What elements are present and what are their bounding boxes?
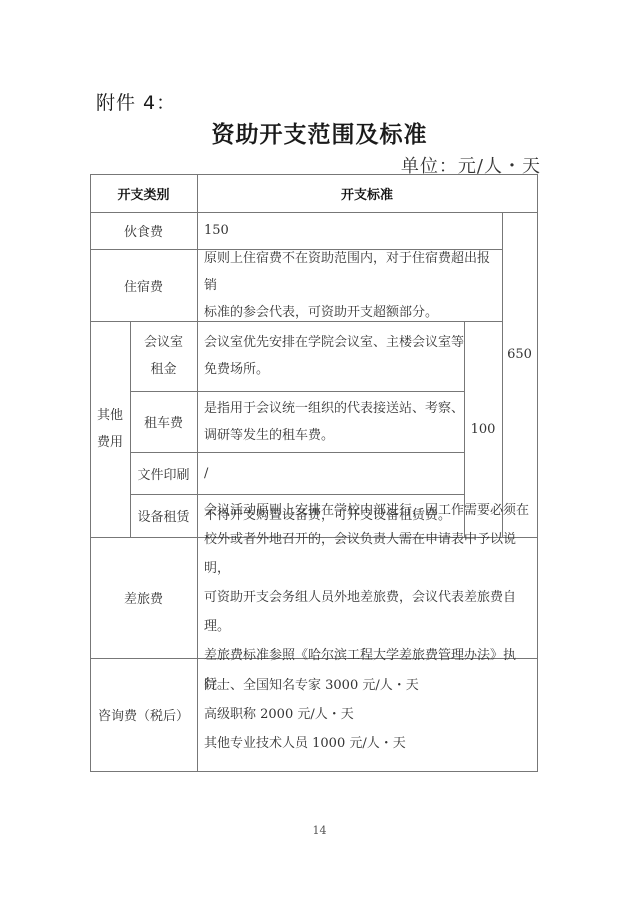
row-other-group-label: 其他 费用 <box>90 321 130 537</box>
row-meeting-room-label: 会议室 租金 <box>130 321 197 391</box>
header-standard: 开支标准 <box>197 174 537 212</box>
text-line: 可资助开支会务组人员外地差旅费，会议代表差旅费自理。 <box>204 583 537 641</box>
row-printing-label: 文件印刷 <box>130 452 197 494</box>
text-line: 其他 <box>97 402 123 429</box>
text-line: 会议室 <box>144 329 183 356</box>
row-equipment-label: 设备租赁 <box>130 494 197 537</box>
row-food-label: 伙食费 <box>90 212 197 249</box>
text-line: 高级职称 2000 元/人・天 <box>204 700 354 729</box>
row-consulting-text: 院士、全国知名专家 3000 元/人・天 高级职称 2000 元/人・天 其他专… <box>197 658 537 771</box>
text-line: 会议室优先安排在学院会议室、主楼会议室等 <box>204 329 464 356</box>
header-category: 开支类别 <box>90 174 197 212</box>
row-car-rental-text: 是指用于会议统一组织的代表接送站、考察、 调研等发生的租车费。 <box>197 391 464 452</box>
text-line: 调研等发生的租车费。 <box>204 422 334 449</box>
daily-total: 650 <box>502 212 537 502</box>
text-line: 是指用于会议统一组织的代表接送站、考察、 <box>204 395 464 422</box>
page-title: 资助开支范围及标准 <box>0 116 639 149</box>
text-line: 校外或者外地召开的，会议负责人需在申请表中予以说明， <box>204 525 537 583</box>
page-number: 14 <box>0 824 639 837</box>
row-consulting-label: 咨询费（税后） <box>90 658 197 771</box>
text-line: 其他专业技术人员 1000 元/人・天 <box>204 729 406 758</box>
attachment-label: 附件 4： <box>96 88 176 115</box>
row-lodging-text: 原则上住宿费不在资助范围内，对于住宿费超出报销 标准的参会代表，可资助开支超额部… <box>197 249 502 321</box>
text-line: 租金 <box>150 356 176 383</box>
row-travel-label: 差旅费 <box>90 537 197 658</box>
row-food-value: 150 <box>197 212 502 249</box>
text-line: 费用 <box>97 429 123 456</box>
row-printing-text: / <box>197 452 464 494</box>
row-lodging-label: 住宿费 <box>90 249 197 321</box>
row-car-rental-label: 租车费 <box>130 391 197 452</box>
row-meeting-room-text: 会议室优先安排在学院会议室、主楼会议室等 免费场所。 <box>197 321 464 391</box>
text-line: 院士、全国知名专家 3000 元/人・天 <box>204 671 419 700</box>
text-line: 会议活动原则上安排在学校内部进行，因工作需要必须在 <box>204 496 529 525</box>
row-travel-text: 会议活动原则上安排在学校内部进行，因工作需要必须在 校外或者外地召开的，会议负责… <box>197 537 537 658</box>
text-line: 免费场所。 <box>204 356 269 383</box>
text-line: 原则上住宿费不在资助范围内，对于住宿费超出报销 <box>204 245 502 299</box>
